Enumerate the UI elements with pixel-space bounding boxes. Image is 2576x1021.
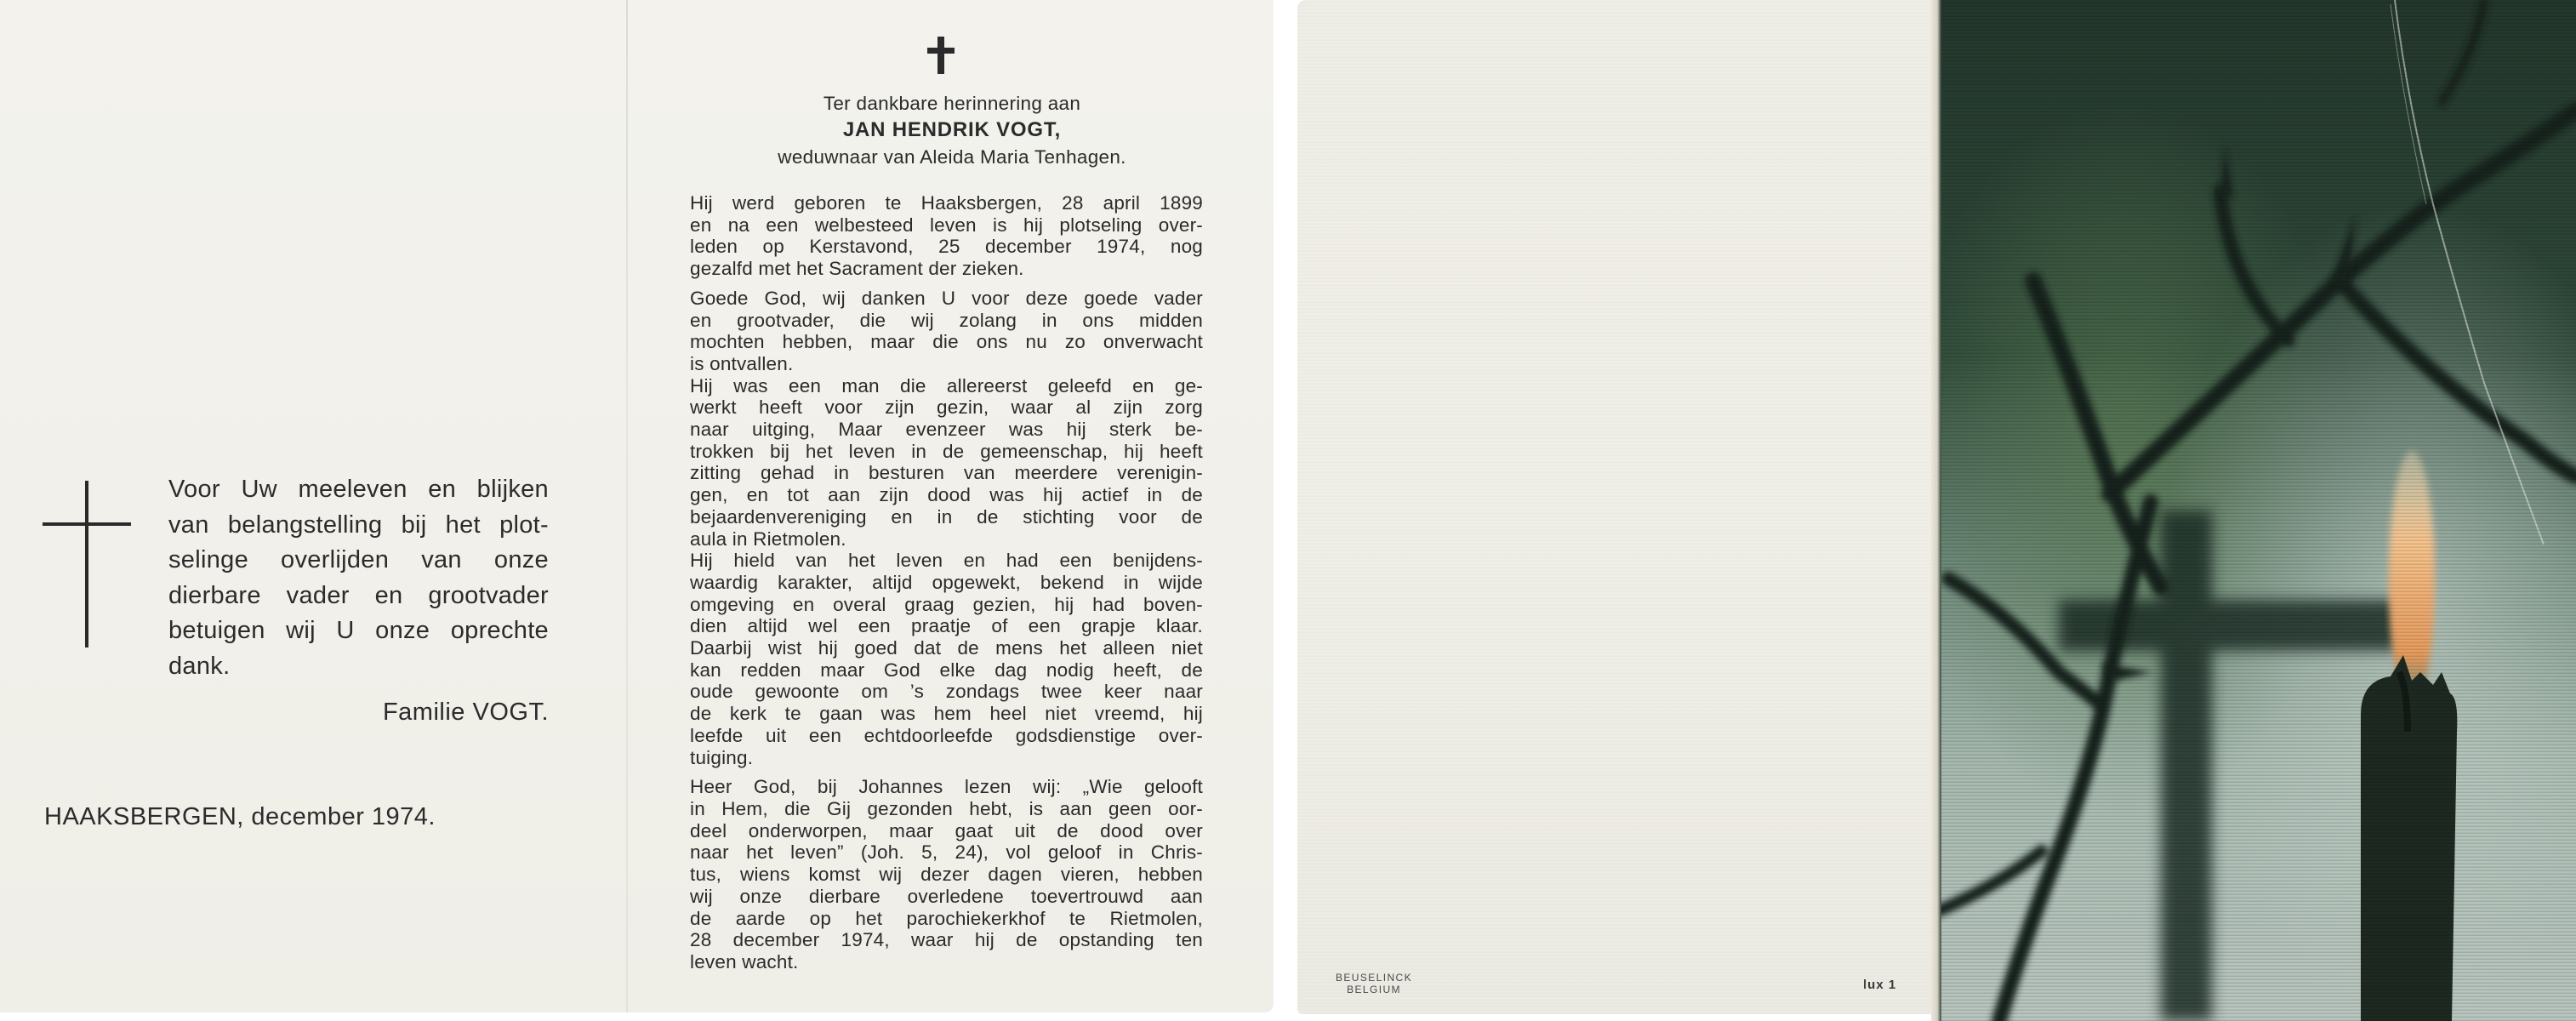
memorial-heading: Ter dankbare herinnering aan JAN HENDRIK… bbox=[681, 90, 1223, 170]
paragraph-line: tus, wiens komst wij dezer dagen vieren,… bbox=[690, 864, 1203, 886]
candle-thorns-photo bbox=[1931, 0, 2576, 1021]
paragraph-line: leven wacht. bbox=[690, 951, 1203, 973]
paragraph-line: Hij hield van het leven en had een benij… bbox=[690, 550, 1203, 572]
printer-imprint: BEUSELINCK BELGIUM bbox=[1331, 972, 1416, 995]
paragraph-line: Heer God, bij Johannes lezen wij: „Wie g… bbox=[690, 776, 1203, 798]
memorial-body: Hij werd geboren te Haaksbergen, 28 apri… bbox=[690, 192, 1203, 973]
paragraph-line: mochten hebben, maar die ons nu zo onver… bbox=[690, 331, 1203, 353]
paragraph-line: werkt heeft voor zijn gezin, waar al zij… bbox=[690, 396, 1203, 419]
paragraph-line: 28 december 1974, waar hij de opstanding… bbox=[690, 929, 1203, 951]
memorial-paragraph: Hij hield van het leven en had een benij… bbox=[690, 550, 1203, 768]
paragraph-line: trokken bij het leven in de gemeenschap,… bbox=[690, 441, 1203, 463]
paragraph-line: omgeving en overal graag gezien, hij had… bbox=[690, 594, 1203, 616]
cross-icon bbox=[43, 481, 131, 647]
thanks-message: Voor Uw meeleven en blijken van belangst… bbox=[168, 472, 549, 684]
paragraph-line: dien altijd wel een praatje of een grapj… bbox=[690, 615, 1203, 637]
family-signature: Familie VOGT. bbox=[168, 699, 549, 727]
paragraph-line: en na een welbesteed leven is hij plotse… bbox=[690, 214, 1203, 237]
thanks-panel: Voor Uw meeleven en blijken van belangst… bbox=[0, 0, 626, 1012]
card-back-panel: BEUSELINCK BELGIUM lux 1 bbox=[1297, 0, 1931, 1014]
memorial-paragraph: Hij werd geboren te Haaksbergen, 28 apri… bbox=[690, 192, 1203, 280]
memorial-paragraph: Heer God, bij Johannes lezen wij: „Wie g… bbox=[690, 776, 1203, 973]
deceased-name: JAN HENDRIK VOGT, bbox=[681, 117, 1223, 144]
memorial-text-panel: Ter dankbare herinnering aan JAN HENDRIK… bbox=[628, 0, 1274, 1012]
paragraph-line: bejaardenvereniging en in de stichting v… bbox=[690, 506, 1203, 528]
paragraph-line: naar uitging, Maar evenzeer was hij ster… bbox=[690, 419, 1203, 441]
photo-worn-edge bbox=[1931, 0, 1941, 1021]
series-label: lux 1 bbox=[1863, 978, 1896, 992]
paragraph-line: naar het leven” (Joh. 5, 24), vol geloof… bbox=[690, 841, 1203, 864]
paragraph-line: Hij werd geboren te Haaksbergen, 28 apri… bbox=[690, 192, 1203, 214]
paragraph-line: tuiging. bbox=[690, 747, 1203, 769]
small-cross-icon bbox=[927, 37, 955, 74]
paragraph-line: is ontvallen. bbox=[690, 353, 1203, 375]
place-date: HAAKSBERGEN, december 1974. bbox=[44, 803, 436, 831]
paragraph-line: kan redden maar God elke dag nodig heeft… bbox=[690, 659, 1203, 682]
memorial-card-outside: BEUSELINCK BELGIUM lux 1 bbox=[1297, 0, 2576, 1021]
paragraph-line: Daarbij wist hij goed dat de mens het al… bbox=[690, 637, 1203, 659]
paragraph-line: wij onze dierbare overledene toevertrouw… bbox=[690, 886, 1203, 908]
memorial-card-inside: Voor Uw meeleven en blijken van belangst… bbox=[0, 0, 1274, 1012]
widower-line: weduwnaar van Aleida Maria Tenhagen. bbox=[681, 144, 1223, 170]
paragraph-line: leden op Kerstavond, 25 december 1974, n… bbox=[690, 236, 1203, 258]
paragraph-line: aula in Rietmolen. bbox=[690, 528, 1203, 550]
paragraph-line: Hij was een man die allereerst geleefd e… bbox=[690, 375, 1203, 397]
photo-illustration bbox=[1931, 0, 2576, 1021]
paragraph-line: in Hem, die Gij gezonden hebt, is aan ge… bbox=[690, 798, 1203, 820]
paragraph-line: de kerk te gaan was hem heel niet vreemd… bbox=[690, 703, 1203, 725]
paragraph-line: deel onderworpen, maar gaat uit de dood … bbox=[690, 820, 1203, 842]
paragraph-line: zitting gehad in besturen van meerdere v… bbox=[690, 462, 1203, 484]
paragraph-line: en grootvader, die wij zolang in ons mid… bbox=[690, 310, 1203, 332]
paragraph-line: oude gewoonte om ’s zondags twee keer na… bbox=[690, 681, 1203, 703]
paragraph-line: de aarde op het parochiekerkhof te Rietm… bbox=[690, 908, 1203, 930]
paragraph-line: waardig karakter, altijd opgewekt, beken… bbox=[690, 572, 1203, 594]
intro-line: Ter dankbare herinnering aan bbox=[681, 90, 1223, 117]
paragraph-line: gezalfd met het Sacrament der zieken. bbox=[690, 258, 1203, 280]
memorial-paragraph: Hij was een man die allereerst geleefd e… bbox=[690, 375, 1203, 550]
paragraph-line: leefde uit een echtdoorleefde godsdienst… bbox=[690, 725, 1203, 747]
paragraph-line: Goede God, wij danken U voor deze goede … bbox=[690, 288, 1203, 310]
memorial-paragraph: Goede God, wij danken U voor deze goede … bbox=[690, 288, 1203, 375]
paragraph-line: gen, en tot aan zijn dood was hij actief… bbox=[690, 484, 1203, 506]
